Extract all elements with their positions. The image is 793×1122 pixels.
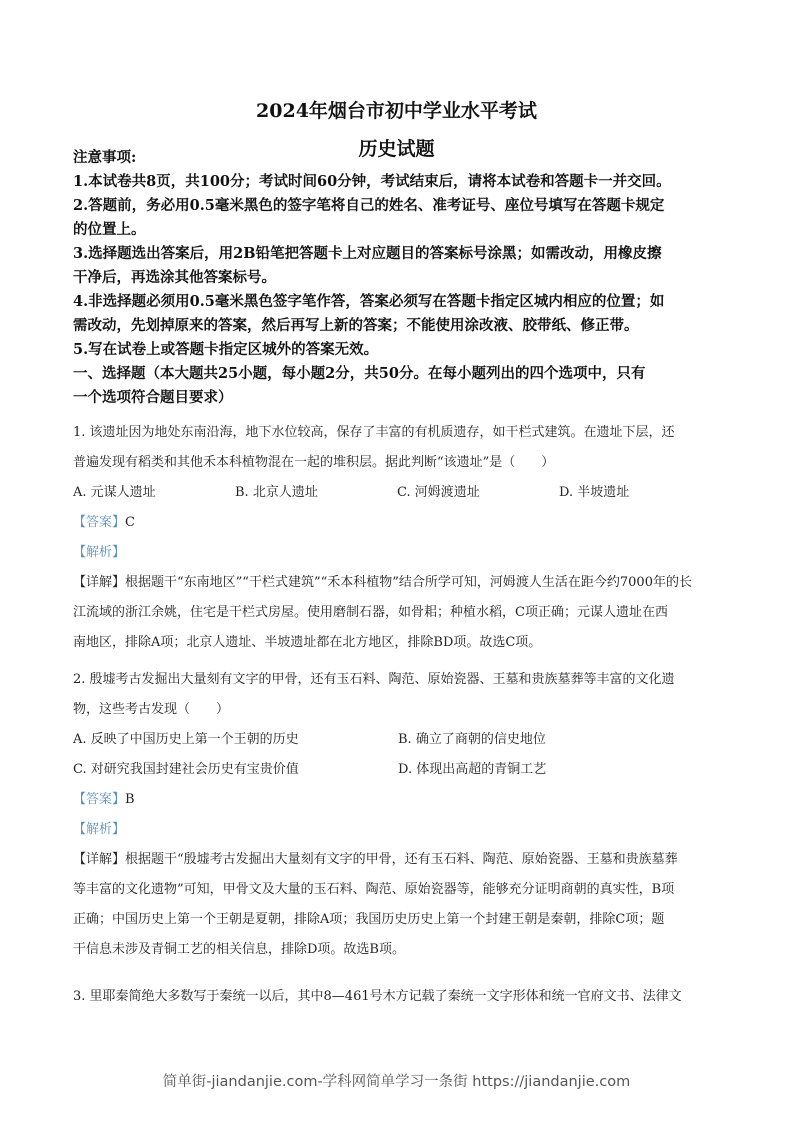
option-a: A. 反映了中国历史上第一个王朝的历史	[73, 725, 398, 755]
detail-text: 正确；中国历史上第一个王朝是夏朝，排除A项；我国历史历史上第一个封建王朝是秦朝，…	[73, 905, 728, 935]
watermark-footer: 简单街-jiandanjie.com-学科网简单学习一条街 https://ji…	[0, 1070, 793, 1091]
notice-line: 的位置上。	[73, 218, 733, 242]
notice-line: 3.选择题选出答案后，用2B铅笔把答题卡上对应题目的答案标号涂黑；如需改动，用橡…	[73, 242, 733, 266]
notice-line: 需改动，先划掉原来的答案，然后再写上新的答案；不能使用涂改液、胶带纸、修正带。	[73, 314, 733, 338]
notice-block: 注意事项: 1.本试卷共8页，共100分；考试时间60分钟，考试结束后，请将本试…	[73, 146, 733, 410]
section-heading: 一个选项符合题目要求）	[73, 386, 733, 410]
question-stem: 1. 该遗址因为地处东南沿海，地下水位较高，保存了丰富的有机质遗存，如干栏式建筑…	[73, 418, 728, 448]
detail-row: 【详解】根据题干“东南地区”“干栏式建筑”“禾本科植物”结合所学可知，河姆渡人生…	[73, 568, 728, 598]
exam-title: 2024年烟台市初中学业水平考试	[0, 96, 793, 123]
question-1: 1. 该遗址因为地处东南沿海，地下水位较高，保存了丰富的有机质遗存，如干栏式建筑…	[73, 418, 728, 658]
section-heading: 一、选择题（本大题共25小题，每小题2分，共50分。在每小题列出的四个选项中，只…	[73, 362, 733, 386]
option-d: D. 半坡遗址	[559, 478, 629, 508]
options-row: A. 反映了中国历史上第一个王朝的历史 B. 确立了商朝的信史地位	[73, 725, 728, 755]
detail-text: 根据题干“东南地区”“干栏式建筑”“禾本科植物”结合所学可知，河姆渡人生活在距今…	[125, 575, 692, 590]
notice-line: 干净后，再选涂其他答案标号。	[73, 266, 733, 290]
option-b: B. 北京人遗址	[235, 478, 397, 508]
analysis-label: 【解析】	[73, 815, 728, 845]
detail-label: 【详解】	[73, 852, 125, 867]
analysis-label: 【解析】	[73, 538, 728, 568]
detail-text: 等丰富的文化遗物”可知，甲骨文及大量的玉石料、陶范、原始瓷器等，能够充分证明商朝…	[73, 875, 728, 905]
options-row: A. 元谋人遗址 B. 北京人遗址 C. 河姆渡遗址 D. 半坡遗址	[73, 478, 728, 508]
answer-row: 【答案】C	[73, 508, 728, 538]
notice-line: 2.答题前，务必用0.5毫米黑色的签字笔将自己的姓名、准考证号、座位号填写在答题…	[73, 194, 733, 218]
question-2: 2. 殷墟考古发掘出大量刻有文字的甲骨，还有玉石料、陶范、原始瓷器、王墓和贵族墓…	[73, 665, 728, 965]
detail-row: 【详解】根据题干“殷墟考古发掘出大量刻有文字的甲骨，还有玉石料、陶范、原始瓷器、…	[73, 845, 728, 875]
option-c: C. 对研究我国封建社会历史有宝贵价值	[73, 755, 398, 785]
option-c: C. 河姆渡遗址	[397, 478, 559, 508]
notice-line: 5.写在试卷上或答题卡指定区城外的答案无效。	[73, 338, 733, 362]
option-d: D. 体现出高超的青铜工艺	[398, 755, 723, 785]
detail-text: 江流域的浙江余姚，住宅是干栏式房屋。使用磨制石器，如骨耜；种植水稻，C项正确；元…	[73, 598, 728, 628]
notice-line: 1.本试卷共8页，共100分；考试时间60分钟，考试结束后，请将本试卷和答题卡一…	[73, 170, 733, 194]
options-row: C. 对研究我国封建社会历史有宝贵价值 D. 体现出高超的青铜工艺	[73, 755, 728, 785]
notice-line: 4.非选择题必须用0.5毫米黑色签字笔作答，答案必须写在答题卡指定区城内相应的位…	[73, 290, 733, 314]
answer-label: 【答案】	[73, 515, 125, 530]
detail-label: 【详解】	[73, 575, 125, 590]
answer-value: C	[125, 515, 135, 530]
question-stem: 普遍发现有稻类和其他禾本科植物混在一起的堆积层。据此判断“该遗址”是（ ）	[73, 448, 728, 478]
detail-text: 南地区，排除A项；北京人遗址、半坡遗址都在北方地区，排除BD项。故选C项。	[73, 628, 728, 658]
answer-value: B	[125, 792, 135, 807]
exam-page: 2024年烟台市初中学业水平考试 历史试题 注意事项: 1.本试卷共8页，共10…	[0, 0, 793, 1122]
question-stem: 2. 殷墟考古发掘出大量刻有文字的甲骨，还有玉石料、陶范、原始瓷器、王墓和贵族墓…	[73, 665, 728, 695]
question-3: 3. 里耶秦简绝大多数写于秦统一以后，其中8—461号木方记载了秦统一文字形体和…	[73, 982, 728, 1012]
detail-text: 根据题干“殷墟考古发掘出大量刻有文字的甲骨，还有玉石料、陶范、原始瓷器、王墓和贵…	[125, 852, 678, 867]
answer-label: 【答案】	[73, 792, 125, 807]
option-a: A. 元谋人遗址	[73, 478, 235, 508]
question-stem: 3. 里耶秦简绝大多数写于秦统一以后，其中8—461号木方记载了秦统一文字形体和…	[73, 982, 728, 1012]
notice-heading: 注意事项:	[73, 146, 733, 170]
option-b: B. 确立了商朝的信史地位	[398, 725, 723, 755]
answer-row: 【答案】B	[73, 785, 728, 815]
detail-text: 干信息未涉及青铜工艺的相关信息，排除D项。故选B项。	[73, 935, 728, 965]
question-stem: 物，这些考古发现（ ）	[73, 695, 728, 725]
